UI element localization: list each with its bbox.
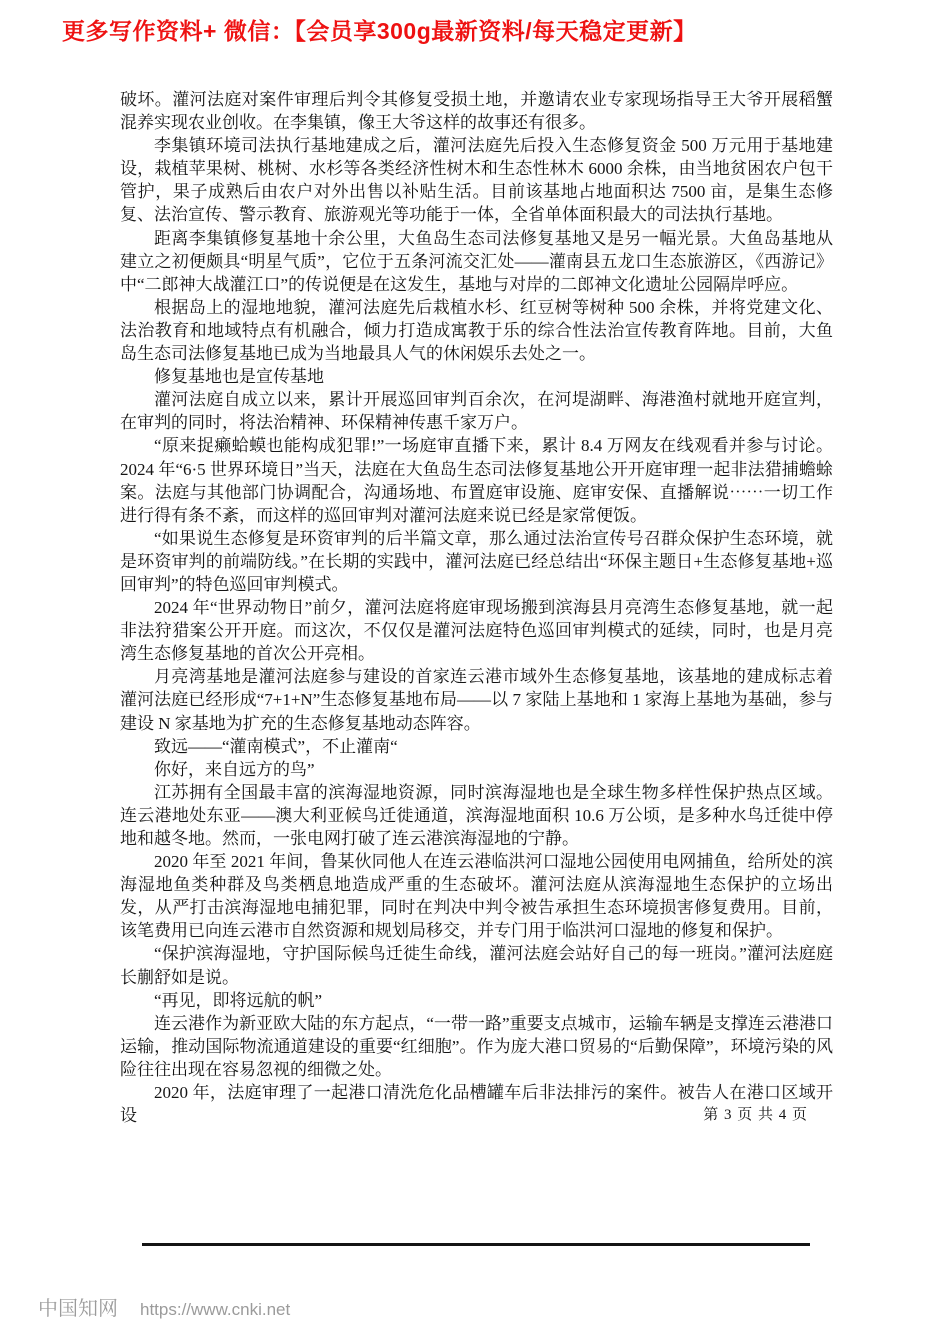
footer-divider-line xyxy=(142,1243,810,1246)
paragraph: “如果说生态修复是环资审判的后半篇文章，那么通过法治宣传号召群众保护生态环境，就… xyxy=(120,527,833,596)
paragraph: 李集镇环境司法执行基地建成之后，灌河法庭先后投入生态修复资金 500 万元用于基… xyxy=(120,134,833,226)
document-body: 破坏。灌河法庭对案件审理后判令其修复受损土地，并邀请农业专家现场指导王大爷开展稻… xyxy=(120,88,833,1127)
paragraph: 距离李集镇修复基地十余公里，大鱼岛生态司法修复基地又是另一幅光景。大鱼岛基地从建… xyxy=(120,227,833,296)
document-page: { "header": { "promo_text": "更多写作资料+ 微信：… xyxy=(0,0,950,1344)
paragraph: “保护滨海湿地，守护国际候鸟迁徙生命线，灌河法庭会站好自己的每一班岗。”灌河法庭… xyxy=(120,942,833,988)
paragraph: 破坏。灌河法庭对案件审理后判令其修复受损土地，并邀请农业专家现场指导王大爷开展稻… xyxy=(120,88,833,134)
paragraph: 修复基地也是宣传基地 xyxy=(120,365,833,388)
paragraph: 月亮湾基地是灌河法庭参与建设的首家连云港市域外生态修复基地，该基地的建成标志着灌… xyxy=(120,665,833,734)
paragraph: 2024 年“世界动物日”前夕，灌河法庭将庭审现场搬到滨海县月亮湾生态修复基地，… xyxy=(120,596,833,665)
paragraph: 连云港作为新亚欧大陆的东方起点，“一带一路”重要支点城市，运输车辆是支撑连云港港… xyxy=(120,1012,833,1081)
paragraph: “再见，即将远航的帆” xyxy=(120,989,833,1012)
paragraph: 根据岛上的湿地地貌，灌河法庭先后栽植水杉、红豆树等树种 500 余株，并将党建文… xyxy=(120,296,833,365)
paragraph: 江苏拥有全国最丰富的滨海湿地资源，同时滨海湿地也是全球生物多样性保护热点区域。连… xyxy=(120,781,833,850)
promo-header-text: 更多写作资料+ 微信：【会员享300g最新资料/每天稳定更新】 xyxy=(62,13,697,46)
cnki-watermark: 中国知网 https://www.cnki.net xyxy=(38,1292,290,1321)
cnki-url-text: https://www.cnki.net xyxy=(140,1300,290,1320)
cnki-logo-text: 中国知网 xyxy=(38,1292,118,1321)
paragraph: 致远——“灌南模式”，不止灌南“ xyxy=(120,735,833,758)
paragraph: 你好，来自远方的鸟” xyxy=(120,758,833,781)
paragraph: 灌河法庭自成立以来，累计开展巡回审判百余次，在河堤湖畔、海港渔村就地开庭宣判，在… xyxy=(120,388,833,434)
paragraph: “原来捉癞蛤蟆也能构成犯罪!”一场庭审直播下来，累计 8.4 万网友在线观看并参… xyxy=(120,434,833,526)
paragraph: 2020 年至 2021 年间，鲁某伙同他人在连云港临洪河口湿地公园使用电网捕鱼… xyxy=(120,850,833,942)
page-number: 第 3 页 共 4 页 xyxy=(120,1103,808,1124)
